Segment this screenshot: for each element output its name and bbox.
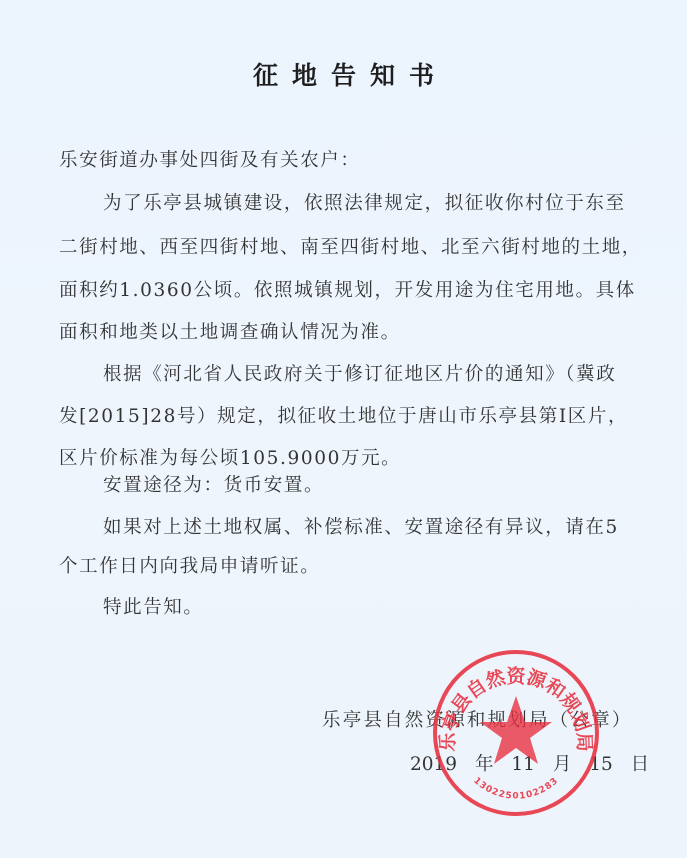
paragraph-1-line-3: 面积约1.0360公顷。依照城镇规划，开发用途为住宅用地。具体 [59, 276, 636, 302]
paragraph-2-line-1: 根据《河北省人民政府关于修订征地区片价的通知》（冀政 [103, 360, 616, 386]
paragraph-4-line-1: 如果对上述土地权属、补偿标准、安置途径有异议，请在5 [103, 513, 619, 539]
star-icon [480, 696, 552, 764]
paragraph-1-line-4: 面积和地类以土地调查确认情况为准。 [59, 318, 401, 344]
document-title: 征地告知书 [0, 56, 687, 92]
addressee: 乐安街道办事处四街及有关农户： [59, 146, 361, 172]
date-day-unit: 日 [631, 754, 650, 775]
document-page: 征地告知书 乐安街道办事处四街及有关农户： 为了乐亭县城镇建设，依照法律规定，拟… [0, 0, 687, 858]
official-seal-stamp: 乐亭县自然资源和规划局 1302250102283 [431, 648, 601, 818]
seal-code-text: 1302250102283 [471, 776, 560, 802]
paragraph-2-line-3: 区片价标准为每公顷105.9000万元。 [59, 444, 401, 470]
paragraph-2-line-2: 发[2015]28号）规定，拟征收土地位于唐山市乐亭县第I区片， [59, 402, 628, 428]
paragraph-1-line-1: 为了乐亭县城镇建设，依照法律规定，拟征收你村位于东至 [103, 189, 626, 215]
svg-text:1302250102283: 1302250102283 [471, 776, 560, 802]
paragraph-4-line-2: 个工作日内向我局申请听证。 [59, 552, 320, 578]
paragraph-3: 安置途径为：货币安置。 [103, 471, 324, 497]
paragraph-1-line-2: 二街村地、西至四街村地、南至四街村地、北至六街村地的土地， [59, 233, 642, 259]
paragraph-5: 特此告知。 [103, 593, 204, 619]
